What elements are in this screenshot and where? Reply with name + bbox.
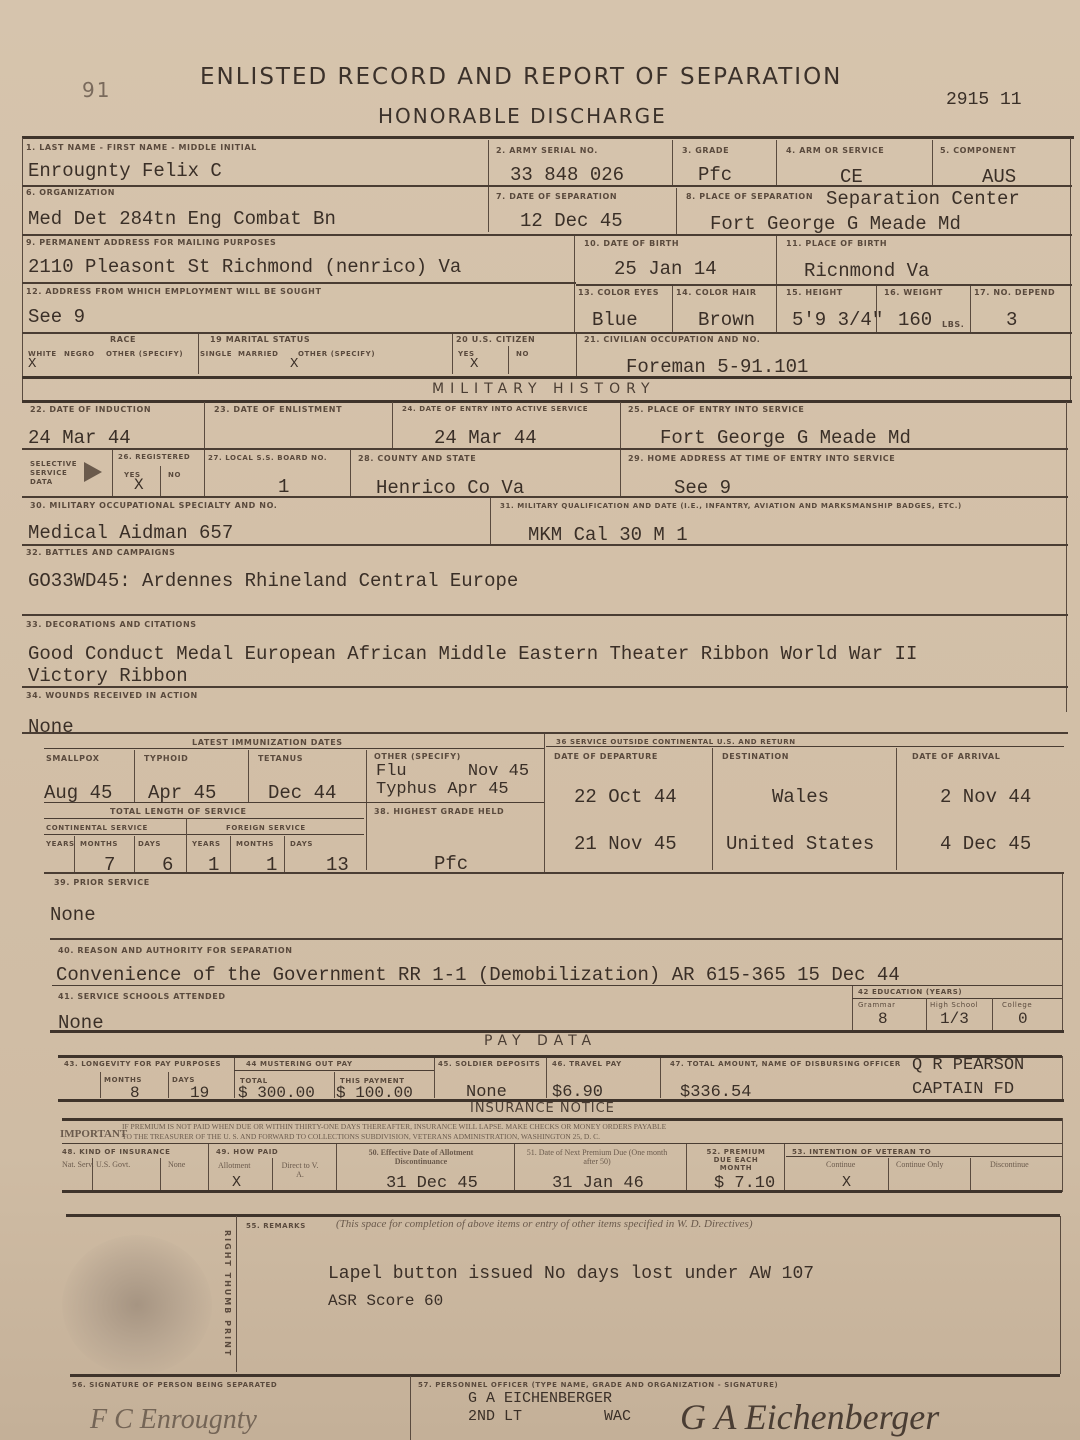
label-mustering: 44 MUSTERING OUT PAY [246, 1060, 353, 1068]
label-date-birth: 10. DATE OF BIRTH [584, 239, 679, 248]
label-active-service: 24. DATE OF ENTRY INTO ACTIVE SERVICE [402, 405, 588, 413]
race-option-negro: NEGRO [64, 350, 95, 358]
so-row1-departure: 22 Oct 44 [574, 786, 677, 808]
so-header-departure: DATE OF DEPARTURE [554, 752, 658, 761]
registered-no: NO [168, 471, 181, 479]
label-next-premium: 51. Date of Next Premium Due (One month … [522, 1148, 672, 1166]
value-organization: Med Det 284tn Eng Combat Bn [28, 208, 336, 230]
remarks-line-2: ASR Score 60 [328, 1292, 443, 1310]
label-qualification: 31. MILITARY QUALIFICATION AND DATE (i.e… [500, 502, 962, 510]
race-option-other: OTHER (specify) [106, 350, 183, 358]
label-occupation: 21. CIVILIAN OCCUPATION AND NO. [584, 335, 760, 344]
label-hair: 14. COLOR HAIR [676, 288, 757, 297]
officer-name: G A EICHENBERGER [468, 1390, 612, 1407]
value-grade: Pfc [698, 164, 732, 186]
registered-mark: X [134, 476, 144, 494]
label-organization: 6. ORGANIZATION [26, 188, 115, 197]
label-name: 1. LAST NAME - FIRST NAME - MIDDLE INITI… [26, 143, 257, 152]
value-date-separation: 12 Dec 45 [520, 210, 623, 232]
how-paid-direct: Direct to V. A. [280, 1161, 320, 1179]
label-date-separation: 7. DATE OF SEPARATION [496, 192, 617, 201]
selective-service-arrow-icon [84, 462, 102, 482]
so-row2-destination: United States [726, 833, 874, 855]
label-place-entry: 25. PLACE OF ENTRY INTO SERVICE [628, 405, 804, 414]
label-selective-service: SELECTIVE SERVICE DATA [30, 460, 80, 487]
label-county-state: 28. COUNTY AND STATE [358, 454, 476, 463]
label-intention: 53. INTENTION OF VETERAN TO [792, 1148, 931, 1156]
value-eyes: Blue [592, 309, 638, 331]
label-how-paid: 49. HOW PAID [216, 1148, 278, 1156]
kind-option-nat: Nat. Serv. [62, 1160, 94, 1169]
los-header-months-c: MONTHS [80, 840, 118, 848]
label-kind-insurance: 48. KIND OF INSURANCE [62, 1148, 171, 1156]
value-name: Enrougnty Felix C [28, 160, 222, 182]
los-header-years-f: YEARS [192, 840, 221, 848]
label-education: 42 EDUCATION (Years) [858, 988, 962, 996]
label-place-separation: 8. PLACE OF SEPARATION [686, 192, 813, 201]
so-row2-departure: 21 Nov 45 [574, 833, 677, 855]
value-serial: 33 848 026 [510, 164, 624, 186]
disbursing-officer-name: Q R PEARSON [912, 1056, 1024, 1075]
edu-header-grammar: Grammar [858, 1001, 896, 1009]
label-longevity: 43. LONGEVITY FOR PAY PURPOSES [64, 1060, 221, 1068]
label-service-outside: 36 SERVICE OUTSIDE CONTINENTAL U.S. AND … [556, 738, 796, 746]
value-employment-address: See 9 [28, 306, 85, 328]
so-row1-arrival: 2 Nov 44 [940, 786, 1031, 808]
label-weight: 16. WEIGHT [884, 288, 943, 297]
value-place-birth: Ricnmond Va [804, 260, 929, 282]
label-arm: 4. ARM OR SERVICE [786, 146, 884, 155]
label-decorations: 33. DECORATIONS AND CITATIONS [26, 620, 197, 629]
label-highest-grade: 38. HIGHEST GRADE HELD [374, 807, 504, 816]
value-smallpox: Aug 45 [44, 782, 112, 804]
value-weight: 160 [898, 309, 932, 331]
remarks-line-1: Lapel button issued No days lost under A… [328, 1264, 814, 1284]
document-title: ENLISTED RECORD AND REPORT OF SEPARATION [200, 64, 842, 90]
value-date-birth: 25 Jan 14 [614, 258, 717, 280]
section-pay-data: PAY DATA [484, 1033, 597, 1049]
label-marital: 19 MARITAL STATUS [210, 335, 310, 344]
label-smallpox: SMALLPOX [46, 754, 99, 763]
label-local-board: 27. LOCAL S.S. BOARD NO. [208, 454, 327, 462]
kind-option-govt: U.S. Govt. [96, 1160, 130, 1169]
marital-mark: X [290, 356, 298, 372]
value-permanent-address: 2110 Pleasont St Richmond (nenrico) Va [28, 256, 461, 278]
marital-option-single: SINGLE [200, 350, 232, 358]
label-officer: 57. PERSONNEL OFFICER (Type name, grade … [418, 1381, 778, 1389]
label-travel: 46. TRAVEL PAY [552, 1060, 622, 1068]
label-length-service: TOTAL LENGTH OF SERVICE [110, 807, 247, 816]
label-tetanus: TETANUS [258, 754, 303, 763]
so-row1-destination: Wales [772, 786, 829, 808]
value-reason: Convenience of the Government RR 1-1 (De… [56, 964, 900, 986]
value-place-separation-1: Separation Center [826, 188, 1020, 210]
label-reason: 40. REASON AND AUTHORITY FOR SEPARATION [58, 946, 293, 955]
label-typhoid: TYPHOID [144, 754, 188, 763]
value-tetanus: Dec 44 [268, 782, 336, 804]
value-dependents: 3 [1006, 309, 1017, 331]
value-prior-service: None [50, 904, 96, 926]
value-decorations-2: Victory Ribbon [28, 665, 188, 687]
citizen-mark: X [470, 356, 478, 372]
value-induction: 24 Mar 44 [28, 427, 131, 449]
remarks-note: (This space for completion of above item… [336, 1218, 753, 1230]
intention-discontinue: Discontinue [990, 1160, 1029, 1169]
label-grade: 3. GRADE [682, 146, 729, 155]
label-immunization-other: OTHER (specify) [374, 752, 461, 761]
insurance-notice-1: IF PREMIUM IS NOT PAID WHEN DUE OR WITHI… [122, 1122, 666, 1131]
label-induction: 22. DATE OF INDUCTION [30, 405, 151, 414]
label-permanent-address: 9. PERMANENT ADDRESS FOR MAILING PURPOSE… [26, 238, 276, 247]
value-height: 5'9 3/4" [792, 309, 883, 331]
los-header-months-f: MONTHS [236, 840, 274, 848]
value-battles: GO33WD45: Ardennes Rhineland Central Eur… [28, 570, 518, 592]
label-total-amount: 47. TOTAL AMOUNT, NAME OF DISBURSING OFF… [670, 1060, 901, 1068]
thumb-print [62, 1235, 212, 1375]
value-wounds: None [28, 716, 74, 738]
officer-signature: G A Eichenberger [680, 1396, 939, 1438]
intention-mark: X [842, 1174, 851, 1191]
label-component: 5. COMPONENT [940, 146, 1016, 155]
race-mark: X [28, 356, 36, 372]
label-premium: 52. PREMIUM DUE EACH MONTH [696, 1148, 776, 1172]
label-foreign: FOREIGN SERVICE [226, 824, 306, 832]
label-employment-address: 12. ADDRESS FROM WHICH EMPLOYMENT WILL B… [26, 287, 322, 296]
label-enlistment: 23. DATE OF ENLISTMENT [214, 405, 342, 414]
intention-continue: Continue [826, 1160, 855, 1169]
insurance-important: IMPORTANT [60, 1128, 127, 1140]
how-paid-allotment: Allotment [218, 1161, 250, 1170]
label-home-address: 29. HOME ADDRESS AT TIME OF ENTRY INTO S… [628, 454, 895, 463]
label-battles: 32. BATTLES AND CAMPAIGNS [26, 548, 176, 557]
los-header-days-f: DAYS [290, 840, 313, 848]
edu-value-highschool: 1/3 [940, 1010, 969, 1028]
value-typhoid: Apr 45 [148, 782, 216, 804]
disbursing-officer-rank: CAPTAIN FD [912, 1080, 1014, 1099]
label-specialty: 30. MILITARY OCCUPATIONAL SPECIALTY AND … [30, 501, 277, 510]
los-header-years-c: YEARS [46, 840, 75, 848]
so-row2-arrival: 4 Dec 45 [940, 833, 1031, 855]
value-place-entry: Fort George G Meade Md [660, 427, 911, 449]
intention-continue-only: Continue Only [896, 1160, 943, 1169]
label-immunization: LATEST IMMUNIZATION DATES [192, 738, 343, 747]
marital-option-other: OTHER (specify) [298, 350, 375, 358]
label-thumb-print: RIGHT THUMB PRINT [222, 1230, 232, 1357]
label-citizen: 20 U.S. CITIZEN [456, 335, 535, 344]
value-immunization-other-1: Flu Nov 45 [376, 762, 529, 781]
label-eyes: 13. COLOR EYES [578, 288, 659, 297]
value-place-separation-2: Fort George G Meade Md [710, 213, 961, 235]
los-header-days-c: DAYS [138, 840, 161, 848]
label-prior-service: 39. PRIOR SERVICE [54, 878, 150, 887]
marital-option-married: MARRIED [238, 350, 279, 358]
value-immunization-other-2: Typhus Apr 45 [376, 780, 509, 799]
label-serial: 2. ARMY SERIAL NO. [496, 146, 598, 155]
label-effective-date: 50. Effective Date of Allotment Disconti… [346, 1148, 496, 1166]
longevity-header-months: MONTHS [104, 1076, 142, 1084]
insurance-notice-2: TO THE TREASURER OF THE U. S. AND FORWAR… [122, 1132, 600, 1141]
value-local-board: 1 [278, 476, 289, 498]
corner-number-left: 91 [82, 78, 111, 102]
kind-option-none: None [168, 1160, 185, 1169]
label-place-birth: 11. PLACE OF BIRTH [786, 239, 887, 248]
edu-header-college: College [1002, 1001, 1032, 1009]
label-continental: CONTINENTAL SERVICE [46, 824, 148, 832]
so-header-destination: DESTINATION [722, 752, 789, 761]
label-height: 15. HEIGHT [786, 288, 843, 297]
label-deposits: 45. SOLDIER DEPOSITS [438, 1060, 540, 1068]
label-person-signature: 56. SIGNATURE OF PERSON BEING SEPARATED [72, 1381, 277, 1389]
document-subtitle: HONORABLE DISCHARGE [378, 104, 667, 128]
corner-number-right: 2915 11 [946, 90, 1022, 110]
label-race: RACE [110, 335, 136, 344]
divider [22, 136, 1074, 139]
section-insurance: INSURANCE NOTICE [470, 1101, 615, 1116]
value-specialty: Medical Aidman 657 [28, 522, 233, 544]
officer-grade: 2ND LT [468, 1408, 522, 1425]
citizen-option-no: NO [516, 350, 529, 358]
section-military-history: MILITARY HISTORY [432, 381, 656, 397]
label-registered: 26. REGISTERED [118, 453, 190, 461]
value-qualification: MKM Cal 30 M 1 [528, 524, 688, 546]
person-signature: F C Enrougnty [90, 1404, 257, 1436]
weight-unit: LBS. [942, 320, 964, 329]
label-schools: 41. SERVICE SCHOOLS ATTENDED [58, 992, 226, 1001]
value-decorations-1: Good Conduct Medal European African Midd… [28, 643, 917, 665]
discharge-document: 91 ENLISTED RECORD AND REPORT OF SEPARAT… [0, 0, 1080, 1440]
edu-value-grammar: 8 [878, 1010, 888, 1028]
value-active-service: 24 Mar 44 [434, 427, 537, 449]
officer-org: WAC [604, 1408, 631, 1425]
label-remarks: 55. REMARKS [246, 1222, 306, 1230]
value-occupation: Foreman 5-91.101 [626, 356, 808, 378]
how-paid-mark: X [232, 1174, 241, 1191]
so-header-arrival: DATE OF ARRIVAL [912, 752, 1000, 761]
edu-value-college: 0 [1018, 1010, 1028, 1028]
value-hair: Brown [698, 309, 755, 331]
label-dependents: 17. NO. DEPEND [974, 288, 1055, 297]
longevity-header-days: DAYS [172, 1076, 195, 1084]
label-wounds: 34. WOUNDS RECEIVED IN ACTION [26, 691, 198, 700]
edu-header-highschool: High School [930, 1001, 978, 1009]
